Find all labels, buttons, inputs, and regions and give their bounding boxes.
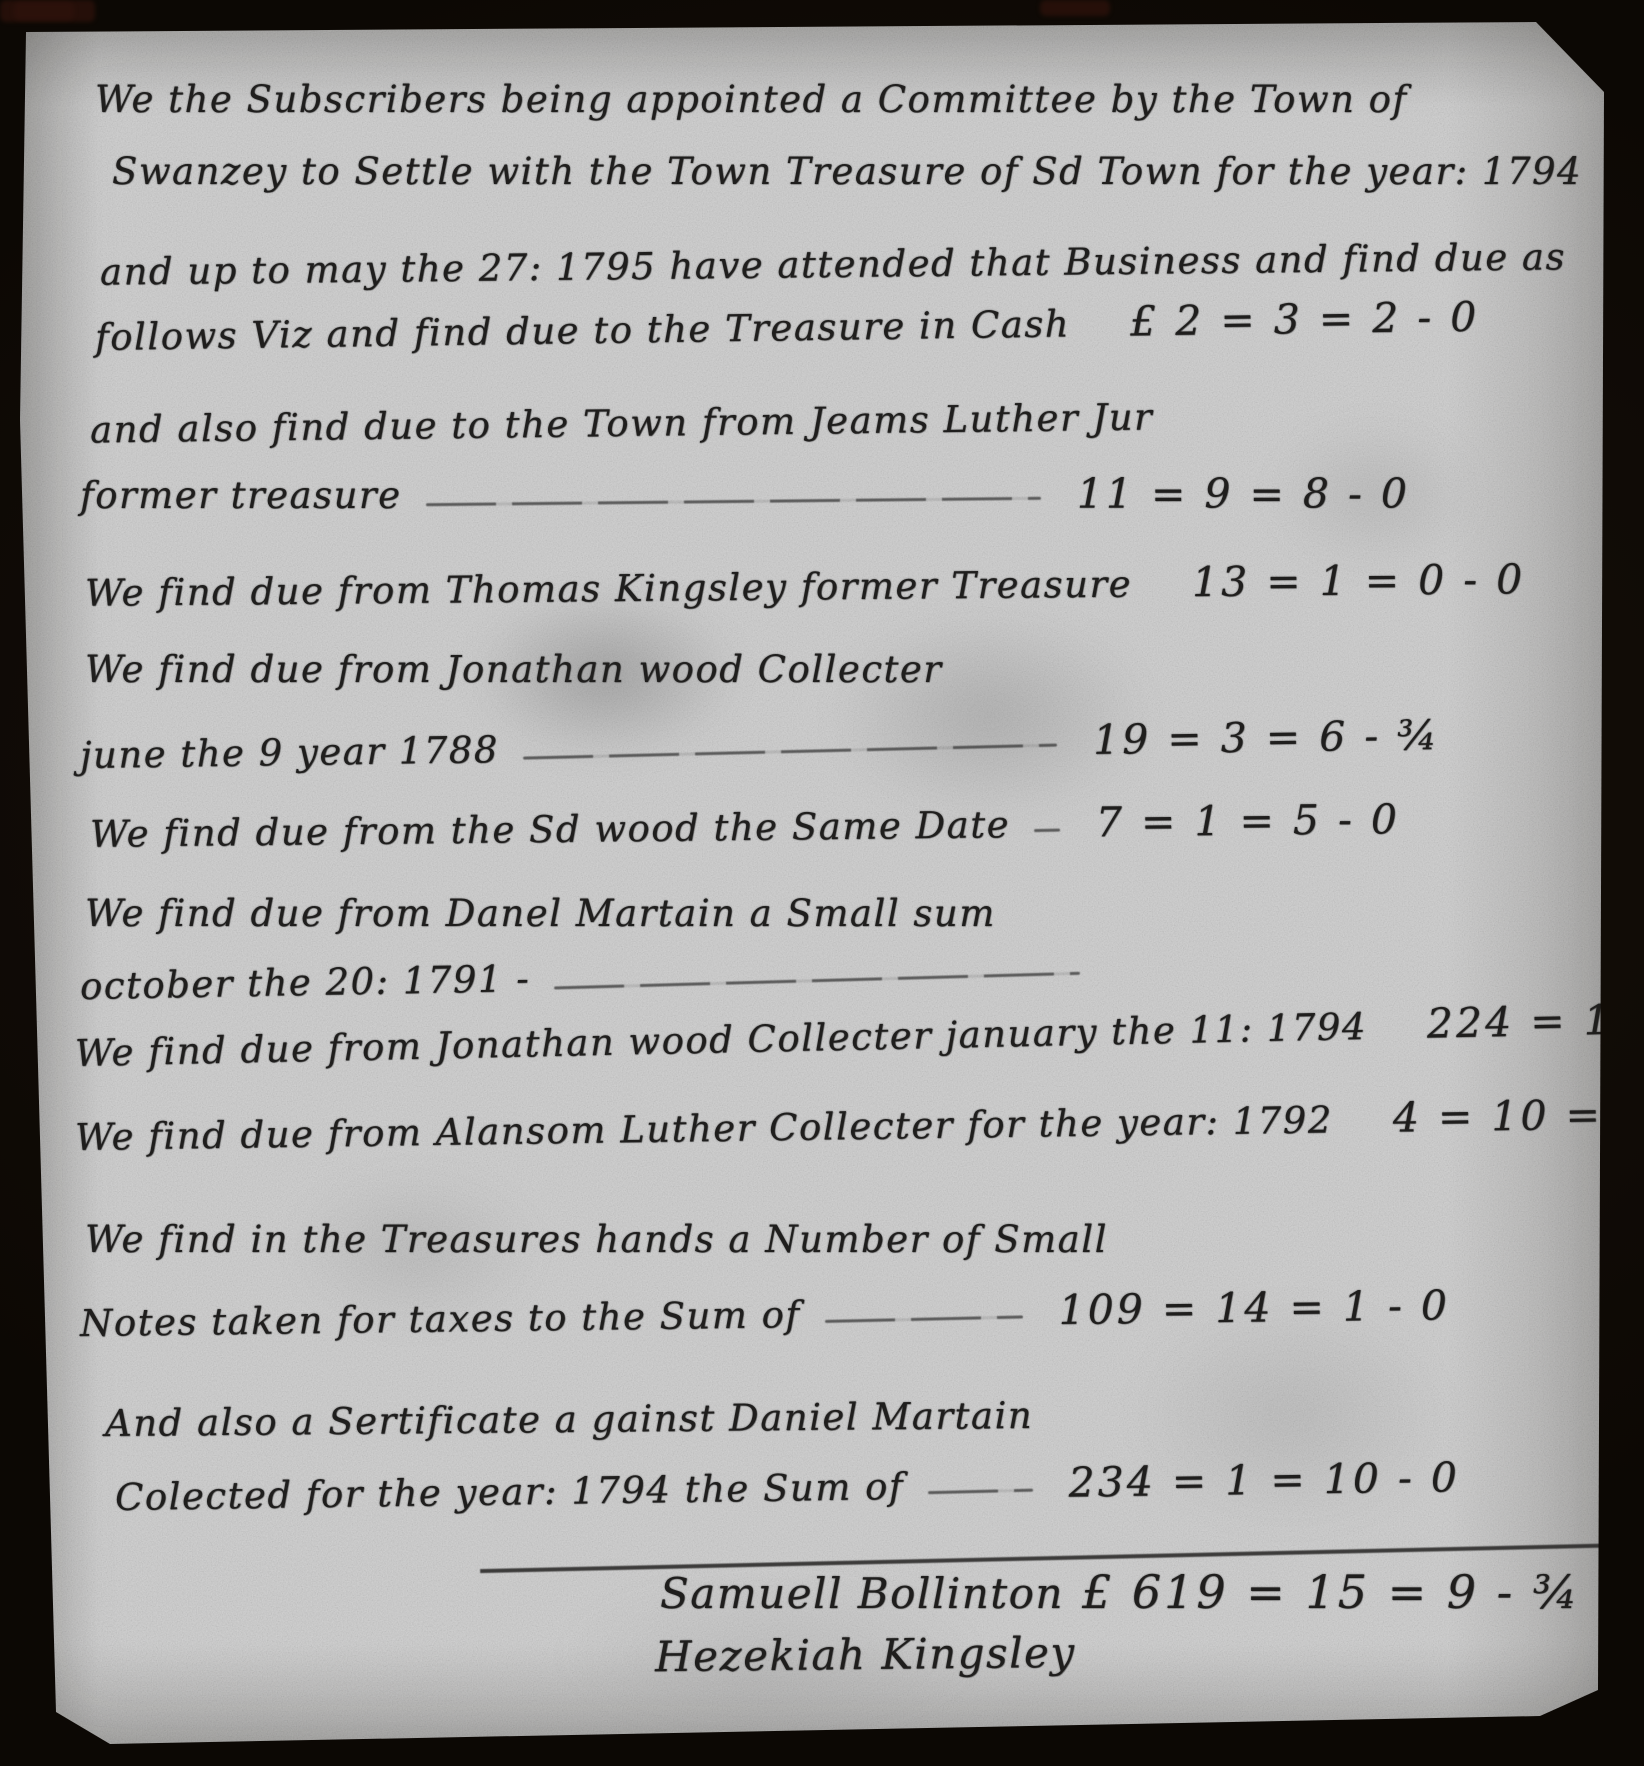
manuscript-line: october the 20: 1791 - [80,947,1101,1008]
amount-value: 7 = 1 = 5 - 0 [1096,795,1401,846]
manuscript-page: We the Subscribers being appointed a Com… [0,0,1644,1766]
amount-value: £ 2 = 3 = 2 - 0 [1130,293,1480,346]
line-text: We find in the Treasures hands a Number … [85,1218,1108,1261]
manuscript-line: We find due from Jonathan wood Collecter [85,648,943,691]
line-text: and also find due to the Town from Jeams… [90,396,1154,452]
manuscript-line: and up to may the 27: 1795 have attended… [100,235,1566,293]
amount-value: 224 = 11 = 1 - 0 [1426,991,1644,1047]
line-text: And also a Sertificate a gainst Daniel M… [105,1394,1033,1445]
line-text: We the Subscribers being appointed a Com… [95,78,1408,121]
line-text: We find due from Jonathan wood Collecter… [75,1005,1368,1075]
filler-stroke [554,972,1080,990]
manuscript-line: Colected for the year: 1794 the Sum of23… [115,1453,1461,1520]
signature-and-total-row: Samuell Bollinton £ 619 = 15 = 9 - ¾ [660,1565,1580,1619]
amount-value: 13 = 1 = 0 - 0 [1192,555,1526,606]
line-text: We find due from Danel Martain a Small s… [85,892,996,935]
scan-edge-artifact [14,2,74,20]
scan-background: We the Subscribers being appointed a Com… [0,0,1644,1766]
signature-hezekiah-kingsley: Hezekiah Kingsley [655,1628,1076,1681]
amount-value: 4 = 10 = 0 - 0 [1392,1089,1644,1142]
filler-stroke [825,1315,1023,1322]
manuscript-line: and also find due to the Town from Jeams… [90,396,1154,452]
manuscript-line: former treasure11 = 9 = 8 - 0 [80,470,1410,518]
scan-edge-artifact [1040,0,1110,16]
filler-stroke [928,1488,1033,1494]
filler-stroke [523,743,1057,759]
signature-samuell-bollinton: Samuell Bollinton [660,1569,1064,1618]
manuscript-line: We find due from Jonathan wood Collecter… [74,998,1525,1076]
manuscript-line: We find due from Alansom Luther Collecte… [75,1092,1476,1160]
line-text: We find due from the Sd wood the Same Da… [90,803,1010,856]
amount-value: 109 = 14 = 1 - 0 [1058,1281,1450,1334]
line-text: follows Viz and find due to the Treasure… [95,302,1071,359]
amount-value: 11 = 9 = 8 - 0 [1077,470,1410,518]
line-text: Swanzey to Settle with the Town Treasure… [112,150,1582,193]
line-text: june the 9 year 1788 [80,728,499,777]
manuscript-line: Swanzey to Settle with the Town Treasure… [112,150,1582,193]
line-text: We find due from Alansom Luther Collecte… [75,1098,1333,1159]
line-text: Colected for the year: 1794 the Sum of [115,1465,905,1519]
manuscript-line: june the 9 year 178819 = 3 = 6 - ¾ [80,711,1441,778]
amount-value: 19 = 3 = 6 - ¾ [1093,711,1440,764]
filler-stroke [426,496,1041,505]
manuscript-line: Notes taken for taxes to the Sum of109 =… [80,1281,1450,1346]
line-text: october the 20: 1791 - [80,957,531,1008]
manuscript-line: We find due from the Sd wood the Same Da… [90,795,1400,857]
grand-total-value: £ 619 = 15 = 9 - ¾ [1082,1565,1580,1619]
line-text: former treasure [80,474,402,517]
manuscript-line: We find in the Treasures hands a Number … [85,1218,1108,1261]
line-text: We find due from Jonathan wood Collecter [85,648,943,691]
line-text: We find due from Thomas Kingsley former … [85,563,1132,615]
signature-row: Hezekiah Kingsley [655,1628,1076,1681]
line-text: Notes taken for taxes to the Sum of [80,1293,801,1345]
manuscript-line: We the Subscribers being appointed a Com… [95,78,1408,121]
manuscript-line: And also a Sertificate a gainst Daniel M… [105,1394,1033,1445]
manuscript-line: We find due from Thomas Kingsley former … [85,556,1405,616]
filler-stroke [1034,828,1060,832]
manuscript-line: follows Viz and find due to the Treasure… [95,293,1426,360]
manuscript-line: We find due from Danel Martain a Small s… [85,892,996,935]
amount-value: 234 = 1 = 10 - 0 [1068,1453,1460,1506]
line-text: and up to may the 27: 1795 have attended… [100,235,1566,293]
